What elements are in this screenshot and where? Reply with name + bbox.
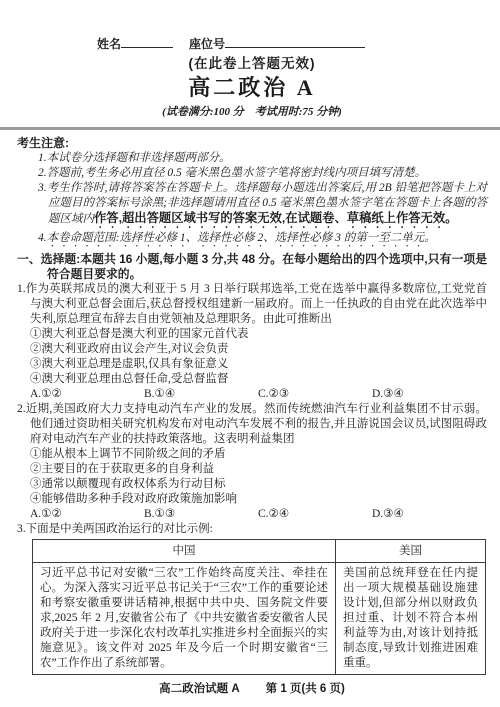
section-1-header: 一、选择题:本题共 16 小题,每小题 3 分,共 48 分。在每小题给出的四个… (17, 252, 487, 282)
question-1-stem: 1.作为英联邦成员的澳大利亚于 5 月 3 日举行联邦选举,工党在选举中赢得多数… (17, 282, 487, 327)
notice-item-2: 2.答题前,考生务必用直径 0.5 毫米黑色墨水签字笔将密封线内项目填写清楚。 (17, 166, 487, 181)
name-seat-row: 姓名座位号 (97, 36, 487, 52)
question-3: 3.下面是中美两国政治运行的对比示例: 中国 美国 习近平总书记对安徽“三农”工… (17, 522, 487, 675)
name-blank-line (121, 36, 173, 48)
question-2-option-c: C.②④ (258, 507, 372, 522)
question-2-option-d: D.③④ (372, 507, 486, 522)
exam-meta: (试卷满分:100 分 考试用时:75 分钟) (17, 105, 487, 120)
question-2-statement-1: ①能从根本上调节不同阶级之间的矛盾 (17, 447, 487, 462)
notice-item-4-period: 。 (424, 232, 436, 244)
footer-page-number: 第 1 页(共 6 页) (266, 682, 345, 697)
answer-invalid-notice: (在此卷上答题无效) (17, 56, 487, 71)
notice-item-3-bold-text: 作答,超出答题区域书写的答案无效,在试题卷、草稿纸上作答无效。 (94, 211, 457, 225)
question-1-option-d: D.③④ (372, 387, 486, 402)
notice-item-4: 4.本卷命题范围:选择性必修 1、选择性必修 2、选择性必修 3 的第一至二单元… (17, 231, 487, 250)
question-1-statement-2: ②澳大利亚政府由议会产生,对议会负责 (17, 342, 487, 357)
question-2-statement-3: ③通常以颠覆现有政权体系为行动目标 (17, 477, 487, 492)
question-2-option-a: A.①② (30, 507, 144, 522)
question-2-option-b: B.①③ (144, 507, 258, 522)
question-1-statement-4: ④澳大利亚总理由总督任命,受总督监督 (17, 372, 487, 387)
question-1-options: A.①② B.①④ C.②③ D.③④ (17, 387, 487, 402)
question-1-option-a: A.①② (30, 387, 144, 402)
question-2: 2.近期,美国政府大力支持电动汽车产业的发展。然而传统燃油汽车行业利益集团不甘示… (17, 402, 487, 522)
question-2-stem: 2.近期,美国政府大力支持电动汽车产业的发展。然而传统燃油汽车行业利益集团不甘示… (17, 402, 487, 447)
question-3-stem-text: 下面是中美两国政治运行的对比示例: (26, 523, 213, 535)
paper-title: 高二政治 A (17, 75, 487, 101)
notice-item-4-number: 4. (38, 232, 47, 244)
header-divider (0, 127, 500, 130)
question-1: 1.作为英联邦成员的澳大利亚于 5 月 3 日举行联邦选举,工党在选举中赢得多数… (17, 282, 487, 402)
notice-item-4-scope-text: 本卷命题范围:选择性必修 1、选择性必修 2、选择性必修 3 的第一至二单元 (47, 232, 425, 244)
candidate-notice: 考生注意: 1.本试卷分选择题和非选择题两部分。 2.答题前,考生务必用直径 0… (17, 136, 487, 250)
question-2-statement-4: ④能够借助多种手段对政府政策施加影响 (17, 492, 487, 507)
notice-item-1: 1.本试卷分选择题和非选择题两部分。 (17, 151, 487, 166)
seat-label: 座位号 (189, 37, 225, 51)
question-2-options: A.①② B.①③ C.②④ D.③④ (17, 507, 487, 522)
question-3-number: 3. (17, 523, 26, 535)
table-cell-usa: 美国前总统拜登在任内提出一项大规模基础设施建设计划,但部分州以财政负担过重、计划… (336, 563, 486, 675)
question-1-option-c: C.②③ (258, 387, 372, 402)
question-1-statement-3: ③澳大利亚总理是虚职,仅具有象征意义 (17, 357, 487, 372)
question-1-option-b: B.①④ (144, 387, 258, 402)
exam-paper-page: 姓名座位号 (在此卷上答题无效) 高二政治 A (试卷满分:100 分 考试用时… (0, 0, 500, 697)
table-header-usa: 美国 (336, 540, 486, 563)
question-2-statement-2: ②主要目的在于获取更多的自身利益 (17, 462, 487, 477)
footer-doc-label: 高二政治试题 A (159, 682, 240, 697)
notice-item-3: 3.考生作答时,请将答案答在答题卡上。选择题每小题选出答案后,用 2B 铅笔把答… (17, 181, 487, 231)
paper-header: 姓名座位号 (在此卷上答题无效) 高二政治 A (试卷满分:100 分 考试用时… (0, 0, 500, 120)
table-cell-china: 习近平总书记对安徽“三农”工作始终高度关注、牵挂在心。为深入落实习近平总书记关于… (33, 563, 336, 675)
seat-blank-line (225, 36, 365, 48)
table-header-row: 中国 美国 (33, 540, 486, 563)
table-header-china: 中国 (33, 540, 336, 563)
page-footer: 高二政治试题 A 第 1 页(共 6 页) (17, 682, 487, 697)
question-1-statement-1: ①澳大利亚总督是澳大利亚的国家元首代表 (17, 327, 487, 342)
question-2-number: 2. (17, 403, 26, 415)
china-usa-comparison-table: 中国 美国 习近平总书记对安徽“三农”工作始终高度关注、牵挂在心。为深入落实习近… (32, 539, 486, 675)
table-body-row: 习近平总书记对安徽“三农”工作始终高度关注、牵挂在心。为深入落实习近平总书记关于… (33, 563, 486, 675)
name-label: 姓名 (97, 37, 121, 51)
notice-heading: 考生注意: (17, 136, 487, 151)
question-3-stem: 3.下面是中美两国政治运行的对比示例: (17, 522, 487, 537)
question-1-number: 1. (17, 283, 26, 295)
question-2-stem-text: 近期,美国政府大力支持电动汽车产业的发展。然而传统燃油汽车行业利益集团不甘示弱。… (26, 403, 487, 445)
question-1-stem-text: 作为英联邦成员的澳大利亚于 5 月 3 日举行联邦选举,工党在选举中赢得多数席位… (26, 283, 487, 325)
